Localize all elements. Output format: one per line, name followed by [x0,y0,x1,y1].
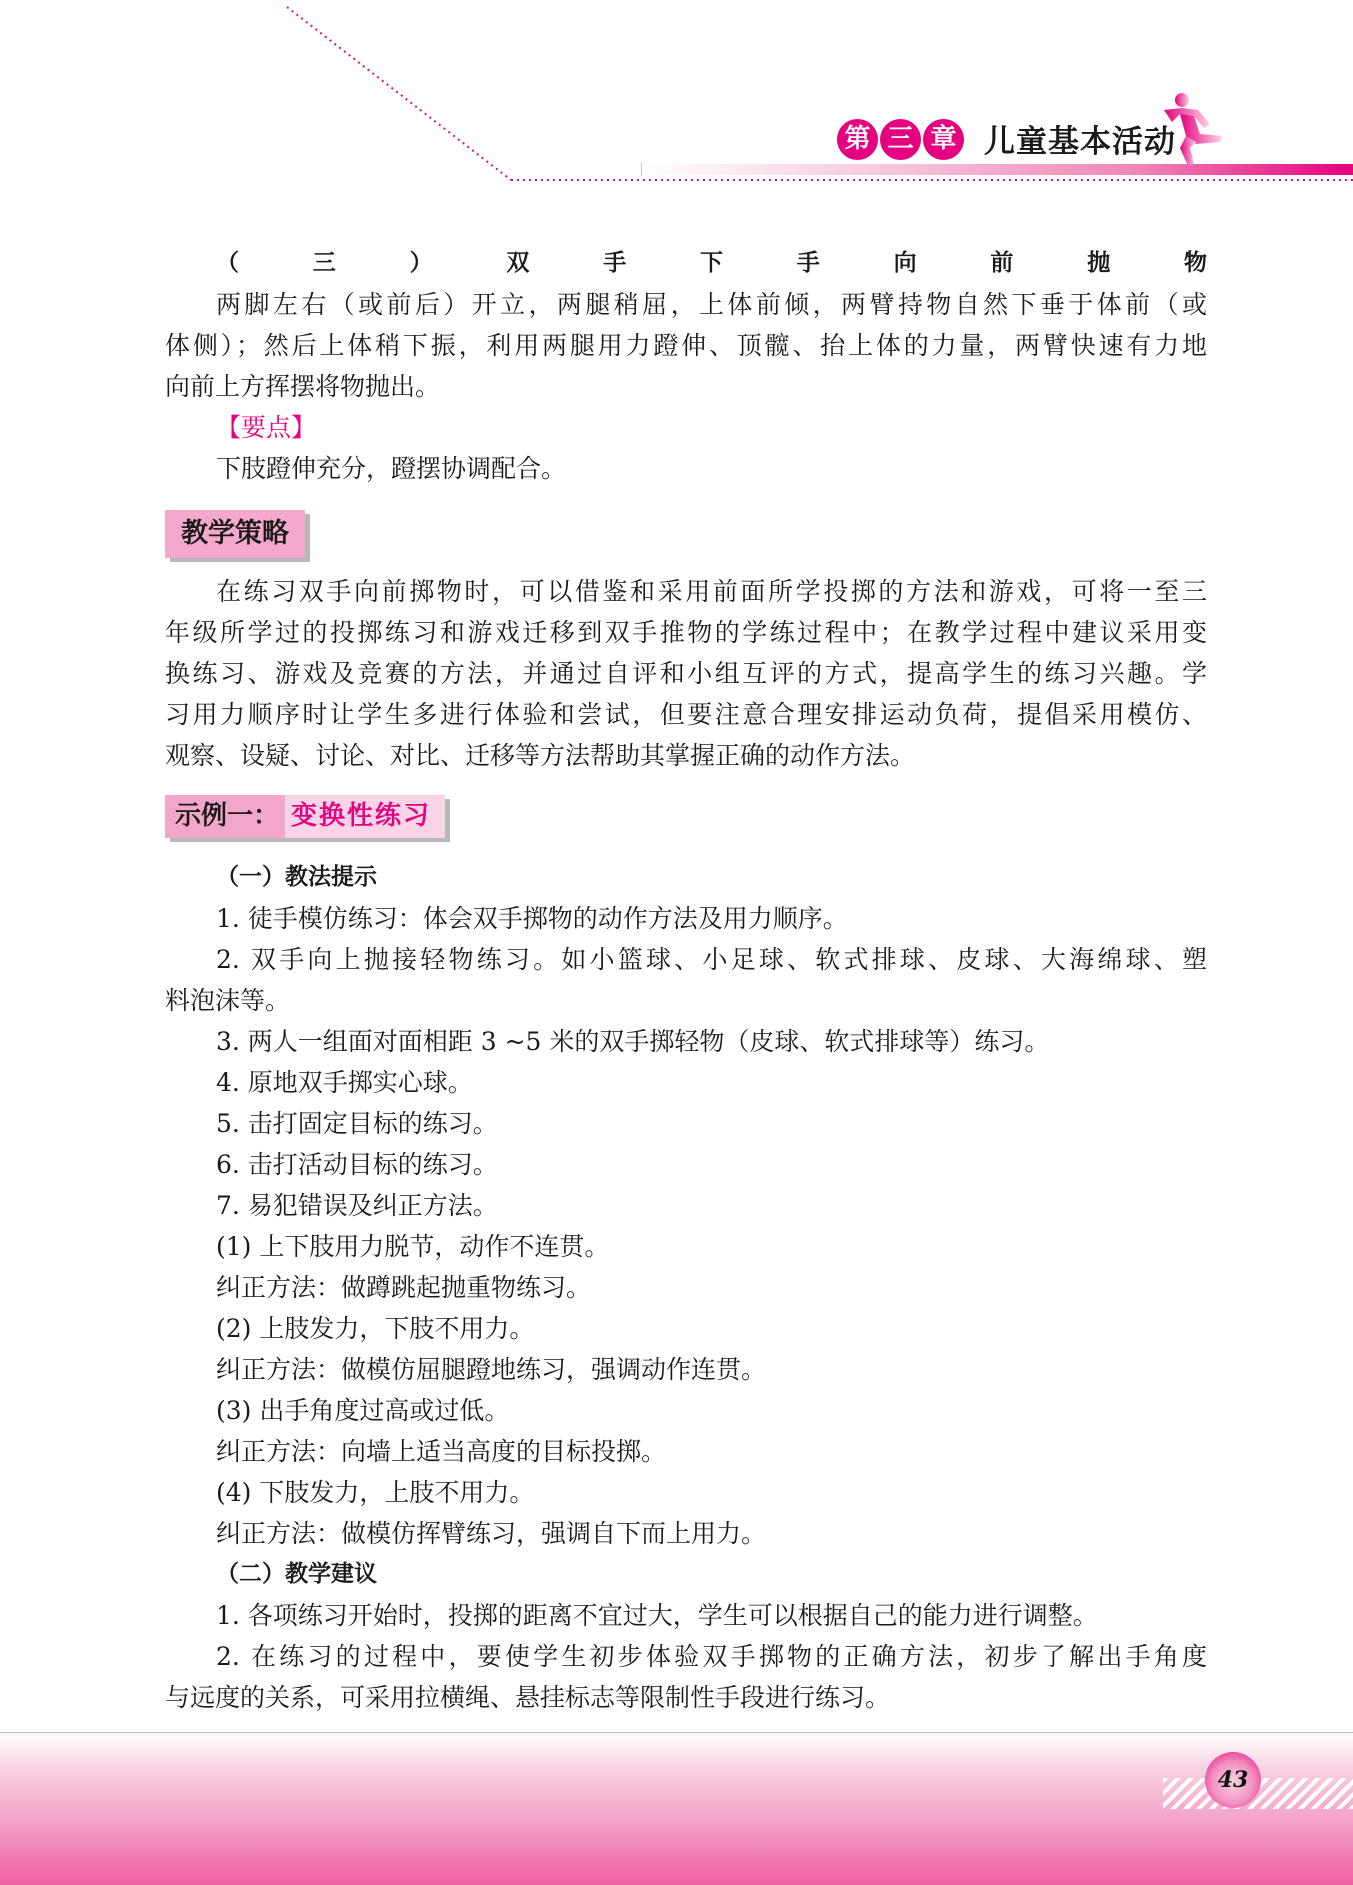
section-heading: （三）双手下手向前抛物 [165,243,1207,284]
correction-item: 纠正方法：做模仿屈腿蹬地练习，强调动作连贯。 [165,1349,1207,1390]
key-points-label: 【要点】 [165,407,1207,448]
key-points-text: 下肢蹬伸充分，蹬摆协调配合。 [165,448,1207,489]
paragraph-line: 向前上方挥摆将物抛出。 [165,366,1207,407]
paragraph-line: 体侧）；然后上体稍下振，利用两腿用力蹬伸、顶髋、抬上体的力量，两臂快速有力地 [165,325,1207,366]
example-title: 变换性练习 [285,795,445,838]
hint-item: 5. 击打固定目标的练习。 [165,1103,1207,1144]
example-title-box: 示例一： 变换性练习 [165,795,445,838]
hint-item: 4. 原地双手掷实心球。 [165,1062,1207,1103]
teaching-strategy-title: 教学策略 [165,510,305,558]
chapter-char-1: 第 [837,119,878,160]
paragraph-line: 两脚左右（或前后）开立，两腿稍屈，上体前倾，两臂持物自然下垂于体前（或 [165,284,1207,325]
page-footer [0,1732,1353,1885]
hint-item: 7. 易犯错误及纠正方法。 [165,1185,1207,1226]
error-item: (2) 上肢发力，下肢不用力。 [165,1308,1207,1349]
paragraph-line: 观察、设疑、讨论、对比、迁移等方法帮助其掌握正确的动作方法。 [165,735,1207,776]
error-item: (1) 上下肢用力脱节，动作不连贯。 [165,1226,1207,1267]
correction-item: 纠正方法：向墙上适当高度的目标投掷。 [165,1431,1207,1472]
hint-item: 2. 双手向上抛接轻物练习。如小篮球、小足球、软式排球、皮球、大海绵球、塑 [165,939,1207,980]
hint-item: 6. 击打活动目标的练习。 [165,1144,1207,1185]
chapter-char-2: 三 [880,119,921,160]
paragraph-line: 年级所学过的投掷练习和游戏迁移到双手推物的学练过程中；在教学过程中建议采用变 [165,612,1207,653]
paragraph-line: 在练习双手向前掷物时，可以借鉴和采用前面所学投掷的方法和游戏，可将一至三 [165,571,1207,612]
error-item: (4) 下肢发力，上肢不用力。 [165,1472,1207,1513]
advice-item: 2. 在练习的过程中，要使学生初步体验双手掷物的正确方法，初步了解出手角度 [165,1636,1207,1677]
paragraph-line: 习用力顺序时让学生多进行体验和尝试，但要注意合理安排运动负荷，提倡采用模仿、 [165,694,1207,735]
teaching-strategy-body: 在练习双手向前掷物时，可以借鉴和采用前面所学投掷的方法和游戏，可将一至三 年级所… [165,571,1207,776]
error-item: (3) 出手角度过高或过低。 [165,1390,1207,1431]
example-body: （一）教法提示 1. 徒手模仿练习：体会双手掷物的动作方法及用力顺序。 2. 双… [165,857,1207,1718]
correction-item: 纠正方法：做模仿挥臂练习，强调自下而上用力。 [165,1513,1207,1554]
decorative-dotted-line [0,0,1353,190]
correction-item: 纠正方法：做蹲跳起抛重物练习。 [165,1267,1207,1308]
page-number: 43 [1205,1752,1261,1808]
paragraph-line: 换练习、游戏及竞赛的方法，并通过自评和小组互评的方式，提高学生的练习兴趣。学 [165,653,1207,694]
example-label: 示例一： [165,795,285,838]
hints-heading: （一）教法提示 [165,857,1207,898]
advice-item: 与远度的关系，可采用拉横绳、悬挂标志等限制性手段进行练习。 [165,1677,1207,1718]
hint-item: 料泡沫等。 [165,980,1207,1021]
chapter-char-3: 章 [923,119,964,160]
advice-item: 1. 各项练习开始时，投掷的距离不宜过大，学生可以根据自己的能力进行调整。 [165,1595,1207,1636]
hint-item: 1. 徒手模仿练习：体会双手掷物的动作方法及用力顺序。 [165,898,1207,939]
hint-item: 3. 两人一组面对面相距 3 ~5 米的双手掷轻物（皮球、软式排球等）练习。 [165,1021,1207,1062]
chapter-title: 儿童基本活动 [984,116,1176,161]
header-gradient-bar [642,164,1353,175]
section-throw-forward: （三）双手下手向前抛物 两脚左右（或前后）开立，两腿稍屈，上体前倾，两臂持物自然… [165,243,1207,489]
running-person-icon [1160,92,1240,167]
advice-heading: （二）教学建议 [165,1554,1207,1595]
